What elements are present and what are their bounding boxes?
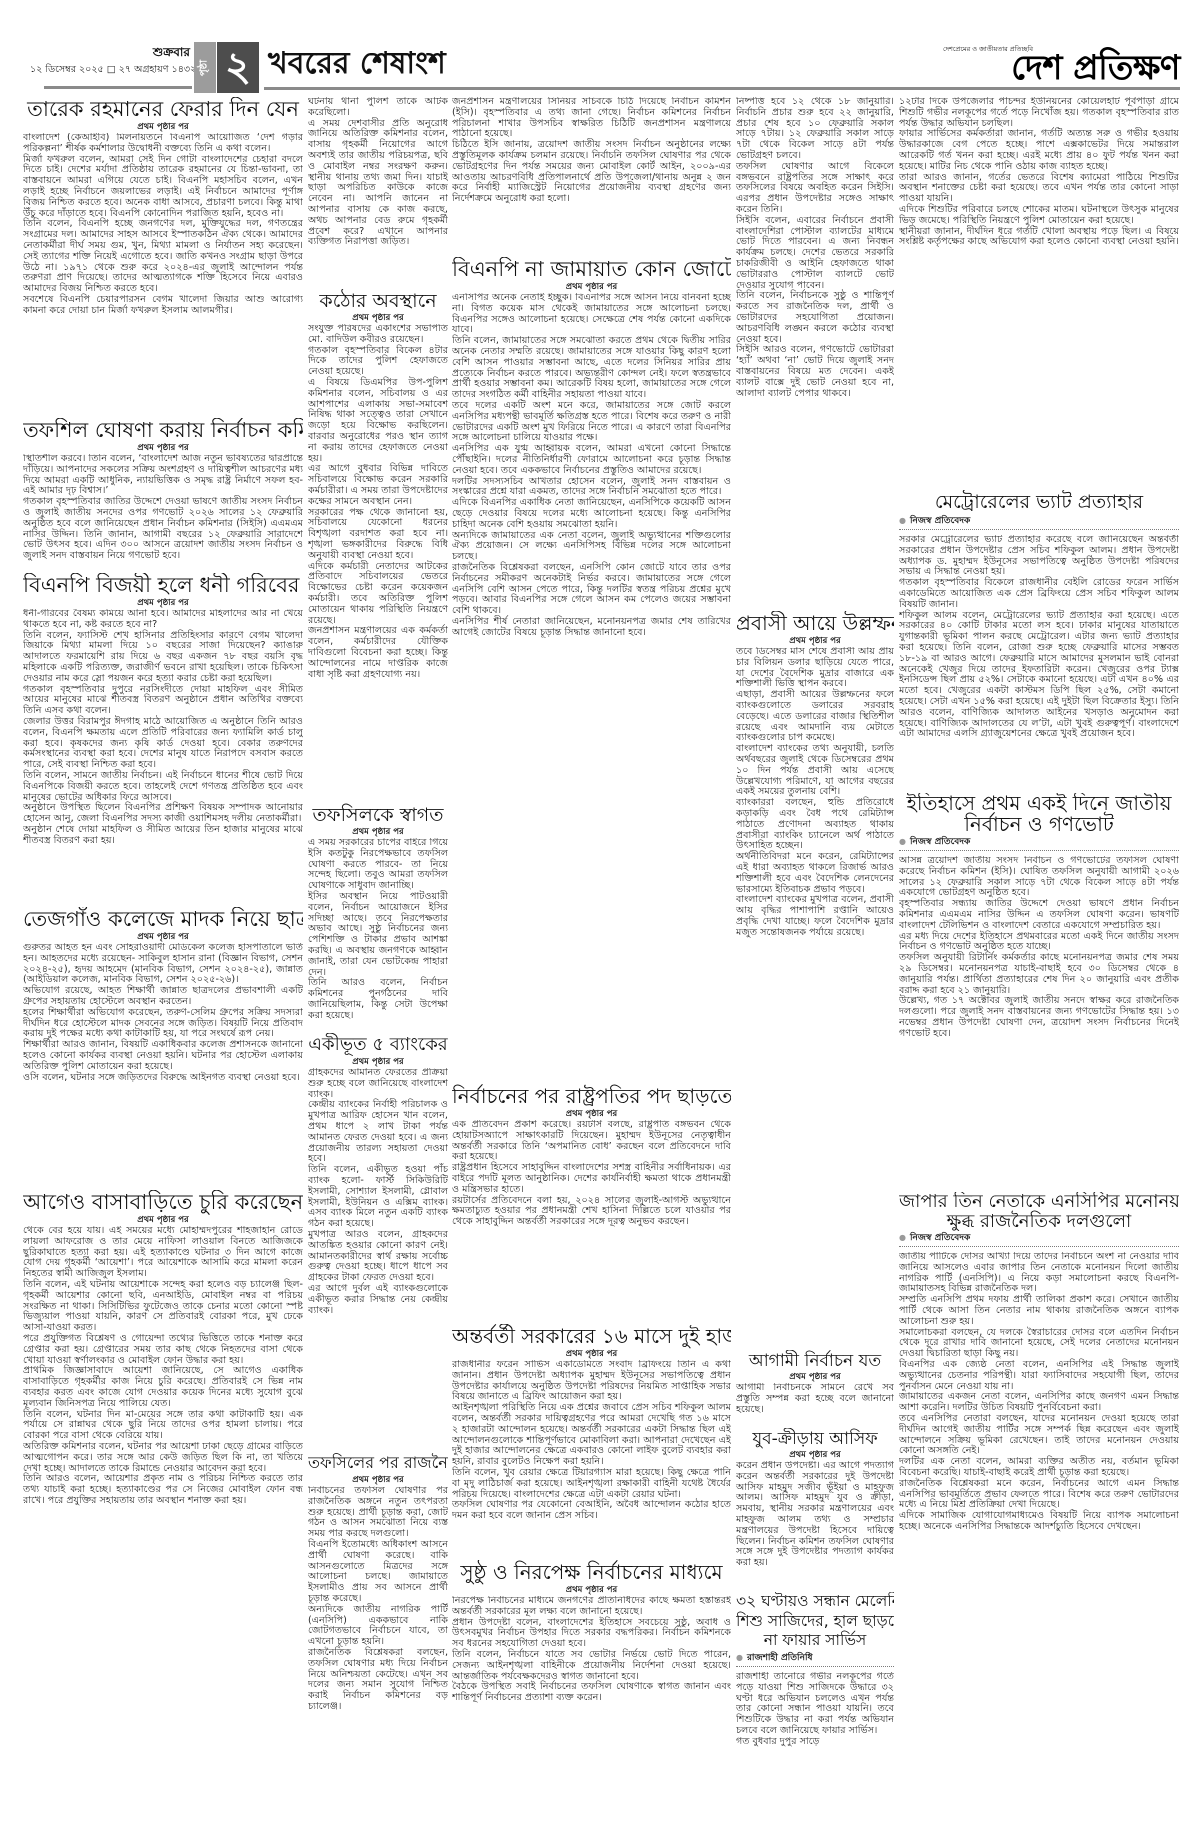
story-youth-sports-asif: যুব-ক্রীড়ায় আসিফ প্রথম পৃষ্ঠার পর করেন… [736,1428,894,1589]
continued-from-label: প্রথম পৃষ্ঠার পর [452,1585,731,1596]
story-merged-banks: একীভূত ৫ ব্যাংকের প্রথম পৃষ্ঠার পর গ্রাহ… [308,1033,448,1448]
byline-text: নিজস্ব প্রতিবেদক [910,837,970,847]
headline: আগামী নির্বাচন যত [736,1350,894,1372]
story-remittance-surge: প্রবাসী আয়ে উল্লম্ফন প্রথম পৃষ্ঠার পর ত… [736,611,894,1347]
continued-from-label: প্রথম পৃষ্ঠার পর [23,443,303,454]
headline: সুষ্ঠু ও নিরপেক্ষ নির্বাচনের মাধ্যমে [452,1560,731,1585]
article-body: রাজশাহী তানোরে গভীর নলকূপের গর্তে পড়ে য… [736,1672,894,1836]
headline: তেজগাঁও কলেজে মাদক নিয়ে ছাত্রদলের [23,907,303,932]
dotted-divider [736,1666,894,1667]
continued-from-label: প্রথম পৃষ্ঠার পর [308,827,448,838]
headline: তফসিলের পর রাজনৈতিক [308,1451,448,1475]
continued-from-label: প্রথম পৃষ্ঠার পর [23,932,303,943]
article-body: আগামী নির্বাচনকে সামনে রেখে সব প্রস্তুতি… [736,1383,894,1426]
story-schedule-ec: তফশিল ঘোষণা করায় নির্বাচন কমিশনকে প্রথম… [23,418,303,572]
continued-from-label: প্রথম পৃষ্ঠার পর [736,1450,894,1461]
article-body: সরকার মেট্রোরেলের ভ্যাট প্রত্যাহার করেছে… [899,535,1179,785]
article-body: গ্রাহকদের আমানত ফেরতের প্রক্রিয়া শুরু হ… [308,1068,448,1448]
byline: ●নিজস্ব প্রতিবেদক [899,1231,1179,1244]
headline: অন্তর্বর্তী সরকারের ১৬ মাসে দুই হাজার [452,1324,731,1349]
byline: ●নিজস্ব প্রতিবেদক [899,514,1179,527]
headline: ৩২ ঘণ্টায়ও সন্ধান মেলেনি শিশু সাজিদের, … [736,1592,894,1651]
page-number-badge: ২ [217,42,259,93]
dotted-divider [899,529,1179,530]
continued-from-label: প্রথম পৃষ্ঠার পর [736,1372,894,1383]
article-body: তবে ডিসেম্বর মাস শেষে প্রবাসী আয় প্রায়… [736,647,894,1347]
article-body: এ সময় সরকারের চাপের বাইরে গিয়ে ইসি কতট… [308,838,448,1031]
byline-text: নিজস্ব প্রতিবেদক [910,1233,970,1243]
headline: তারেক রহমানের ফেরার দিন যেন [23,97,303,122]
story-continuation-d: নিষ্পত্তি হবে ১২ থেকে ১৮ জানুয়ারি। নির্… [736,97,894,608]
continued-from-label: প্রথম পৃষ্ঠার পর [308,1057,448,1068]
continued-from-label: প্রথম পৃষ্ঠার পর [452,1349,731,1360]
continued-from-label: প্রথম পৃষ্ঠার পর [308,313,448,324]
story-president-resign: নির্বাচনের পর রাষ্ট্রপতির পদ ছাড়তে চান … [452,1084,731,1320]
bullet-icon: ● [899,1233,906,1242]
story-housemaid-theft: আগেও বাসাবাড়িতে চুরি করেছেন প্রথম পৃষ্ঠ… [23,1190,303,1843]
article-body: আসন্ন ত্রয়োদশ জাতীয় সংসদ নির্বাচন ও গণ… [899,856,1179,1184]
story-child-sajid-rescue: ৩২ ঘণ্টায়ও সন্ধান মেলেনি শিশু সাজিদের, … [736,1592,894,1836]
article-body: এনসিপির অনেক নেতাই ইচ্ছুক। বিএনপির সঙ্গে… [452,293,731,1081]
article-body: নির্বাচনের তফসিল ঘোষণার পর রাজনৈতিক অঙ্গ… [308,1486,448,1843]
headline: যুব-ক্রীড়ায় আসিফ [736,1428,894,1450]
page-label-badge: পৃষ্ঠা [194,42,216,93]
masthead-rule-left [44,86,192,89]
headline: একীভূত ৫ ব্যাংকের [308,1033,448,1057]
dotted-divider [899,850,1179,851]
headline: জাপার তিন নেতাকে এনসিপির মনোনয়ন ক্ষুব্ধ… [899,1192,1179,1231]
article-body: সংযুক্ত পরিষদের একাংশের সভাপতি মো. বাদিউ… [308,324,448,800]
headline: তফসিলকে স্বাগত [308,803,448,827]
story-tarek-return: তারেক রহমানের ফেরার দিন যেন প্রথম পৃষ্ঠা… [23,97,303,416]
bullet-icon: ● [899,516,906,525]
newspaper-page: শুক্রবার ১২ ডিসেম্বর ২০২৫ □ ২৭ অগ্রহায়ণ… [0,0,1200,1843]
article-body: বাংলাদেশ (কেআইবি) মিলনায়তনে বিএনপি আয়ো… [23,133,303,416]
story-bnp-inequality: বিএনপি বিজয়ী হলে ধনী গরিবের বৈষম্য প্রথ… [23,573,303,905]
story-election-referendum-same-day: ইতিহাসে প্রথম একই দিনে জাতীয় নির্বাচন ও… [899,793,1179,1184]
article-body: ঘটনায় থানা পুলিশ তাকে আটক করেছিলো। এ সম… [308,97,448,287]
article-body: রাজধানীর ফরেন সার্ভিস একাডেমিতে সংবাদ ব্… [452,1360,731,1556]
story-continuation-e: ১২টার দিকে উপজেলার পাচন্দর ইউনিয়নের কোয… [899,97,1179,487]
continued-from-label: প্রথম পৃষ্ঠার পর [308,1475,448,1486]
article-body: এক প্রতিবেদন প্রকাশ করেছে। রয়টার্স বলছে… [452,1120,731,1320]
headline: প্রবাসী আয়ে উল্লম্ফন [736,611,894,636]
article-body: গুরুতর আহত হন এবং সোহরাওয়ার্দী মেডিকেল … [23,943,303,1188]
article-body: জাতীয় পার্টিকে দোসর আখ্যা দিয়ে তাদের ন… [899,1252,1179,1837]
story-tejgaon-college: তেজগাঁও কলেজে মাদক নিয়ে ছাত্রদলের প্রথম… [23,907,303,1188]
continued-from-label: প্রথম পৃষ্ঠার পর [23,1215,303,1226]
byline-text: রাজশাহী প্রতিনিধি [747,1653,813,1663]
headline: মেট্রোরেলের ভ্যাট প্রত্যাহার [899,490,1179,514]
dotted-divider [899,1246,1179,1247]
date-line: ১২ ডিসেম্বর ২০২৫ □ ২৭ অগ্রহায়ণ ১৪৩২ [30,63,190,78]
headline: আগেও বাসাবাড়িতে চুরি করেছেন [23,1190,303,1215]
article-body: করেন প্রধান উপদেষ্টা। এর আগে পদত্যাগ করে… [736,1461,894,1589]
story-fair-election: সুষ্ঠু ও নিরপেক্ষ নির্বাচনের মাধ্যমে প্র… [452,1560,731,1843]
article-body: থেকে বের হয়ে যায়। এই সময়ের মধ্যে মোহা… [23,1226,303,1843]
headline: কঠোর অবস্থানে [308,289,448,313]
article-body: ধনী-গরিবের বৈষম্য কমিয়ে আনা হবে। আমাদের… [23,609,303,905]
weekday-label: শুক্রবার [90,44,190,64]
bullet-icon: ● [736,1653,743,1662]
story-metrorail-vat: মেট্রোরেলের ভ্যাট প্রত্যাহার ●নিজস্ব প্র… [899,490,1179,785]
story-two-thousand-protests: অন্তর্বর্তী সরকারের ১৬ মাসে দুই হাজার প্… [452,1324,731,1556]
section-title: খবরের শেষাংশ [268,45,446,83]
page-label: পৃষ্ঠা [197,59,214,75]
continued-from-label: প্রথম পৃষ্ঠার পর [452,1109,731,1120]
story-ncp-alliance: বিএনপি না জামায়াত কোন জোটে যাচ্ছে প্রথম… [452,257,731,1081]
headline: ইতিহাসে প্রথম একই দিনে জাতীয় নির্বাচন ও… [899,793,1179,835]
bullet-icon: ● [899,837,906,846]
article-body: নিষ্পত্তি হবে ১২ থেকে ১৮ জানুয়ারি। নির্… [736,97,894,608]
article-body: জনপ্রশাসন মন্ত্রণালয়ের সিনিয়র সচিবকে চ… [452,97,731,255]
story-strict-stance: কঠোর অবস্থানে প্রথম পৃষ্ঠার পর সংযুক্ত প… [308,289,448,800]
article-body: স্থিতিশীল করবে। তিনি বলেন, ‘বাংলাদেশ আজ … [23,454,303,572]
byline: ●নিজস্ব প্রতিবেদক [899,835,1179,848]
continued-from-label: প্রথম পৃষ্ঠার পর [452,282,731,293]
article-body: নিরপেক্ষ নির্বাচনের মাধ্যমে জনগণের প্রতি… [452,1596,731,1843]
continued-from-label: প্রথম পৃষ্ঠার পর [23,122,303,133]
story-continuation-b: ঘটনায় থানা পুলিশ তাকে আটক করেছিলো। এ সম… [308,97,448,287]
byline-text: নিজস্ব প্রতিবেদক [910,516,970,526]
story-post-schedule-politics: তফসিলের পর রাজনৈতিক প্রথম পৃষ্ঠার পর নির… [308,1451,448,1843]
logo-wordmark: দেশ প্রতিক্ষণ [1011,50,1180,86]
story-next-election: আগামী নির্বাচন যত প্রথম পৃষ্ঠার পর আগামী… [736,1350,894,1426]
headline: নির্বাচনের পর রাষ্ট্রপতির পদ ছাড়তে চান [452,1084,731,1109]
headline: বিএনপি না জামায়াত কোন জোটে যাচ্ছে [452,257,731,282]
byline: ●রাজশাহী প্রতিনিধি [736,1651,894,1664]
story-continuation-c: জনপ্রশাসন মন্ত্রণালয়ের সিনিয়র সচিবকে চ… [452,97,731,255]
headline: তফশিল ঘোষণা করায় নির্বাচন কমিশনকে [23,418,303,443]
story-jatiya-party-nomination: জাপার তিন নেতাকে এনসিপির মনোনয়ন ক্ষুব্ধ… [899,1192,1179,1837]
story-schedule-welcome: তফসিলকে স্বাগত প্রথম পৃষ্ঠার পর এ সময় স… [308,803,448,1031]
headline: বিএনপি বিজয়ী হলে ধনী গরিবের বৈষম্য [23,573,303,598]
continued-from-label: প্রথম পৃষ্ঠার পর [736,636,894,647]
continued-from-label: প্রথম পৃষ্ঠার পর [23,598,303,609]
article-body: ১২টার দিকে উপজেলার পাচন্দর ইউনিয়নের কোয… [899,97,1179,487]
newspaper-logo: দেশপ্রেমের ও জাতীয়তার প্রতিচ্ছবি দেশ প্… [935,40,1180,86]
